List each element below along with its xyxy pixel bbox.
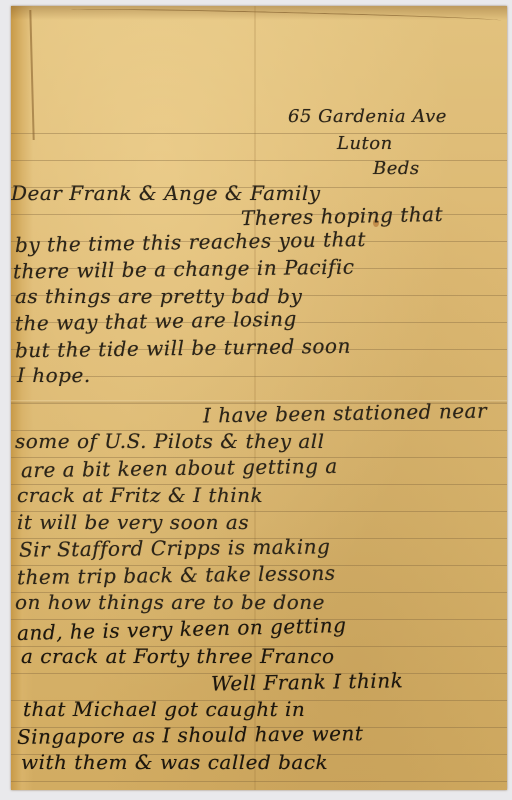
body-line: with them & was called back <box>21 750 328 774</box>
body-line: by the time this reaches you that <box>15 227 366 257</box>
body-line: that Michael got caught in <box>23 697 305 721</box>
body-line: I hope. <box>17 363 91 387</box>
salutation: Dear Frank & Ange & Family <box>11 181 321 205</box>
body-line: as things are pretty bad by <box>15 284 302 308</box>
body-line: Theres hoping that <box>241 202 444 230</box>
body-line: a crack at Forty three Franco <box>21 644 335 668</box>
body-line: crack at Fritz & I think <box>17 483 263 507</box>
body-line: the way that we are losing <box>15 307 297 336</box>
address-town: Luton <box>337 133 393 154</box>
ruled-line <box>11 781 507 782</box>
ruled-line <box>11 133 507 134</box>
body-line: there will be a change in Pacific <box>13 255 355 284</box>
letter-page: 65 Gardenia Ave Luton Beds Dear Frank & … <box>11 6 507 790</box>
body-line: Sir Stafford Cripps is making <box>19 534 331 561</box>
address-county: Beds <box>373 158 420 179</box>
body-line: Singapore as I should have went <box>17 721 364 749</box>
body-line: it will be very soon as <box>17 510 249 534</box>
body-line: them trip back & take lessons <box>17 561 336 589</box>
body-line: Well Frank I think <box>211 668 404 695</box>
body-line: but the tide will be turned soon <box>15 334 351 363</box>
body-line: some of U.S. Pilots & they all <box>15 429 325 453</box>
ruled-line <box>11 160 507 161</box>
body-line: on how things are to be done <box>15 590 325 614</box>
body-line: I have been stationed near <box>203 399 487 428</box>
body-line: and, he is very keen on getting <box>17 613 347 645</box>
body-line: are a bit keen about getting a <box>21 454 338 482</box>
address-street: 65 Gardenia Ave <box>288 106 447 127</box>
